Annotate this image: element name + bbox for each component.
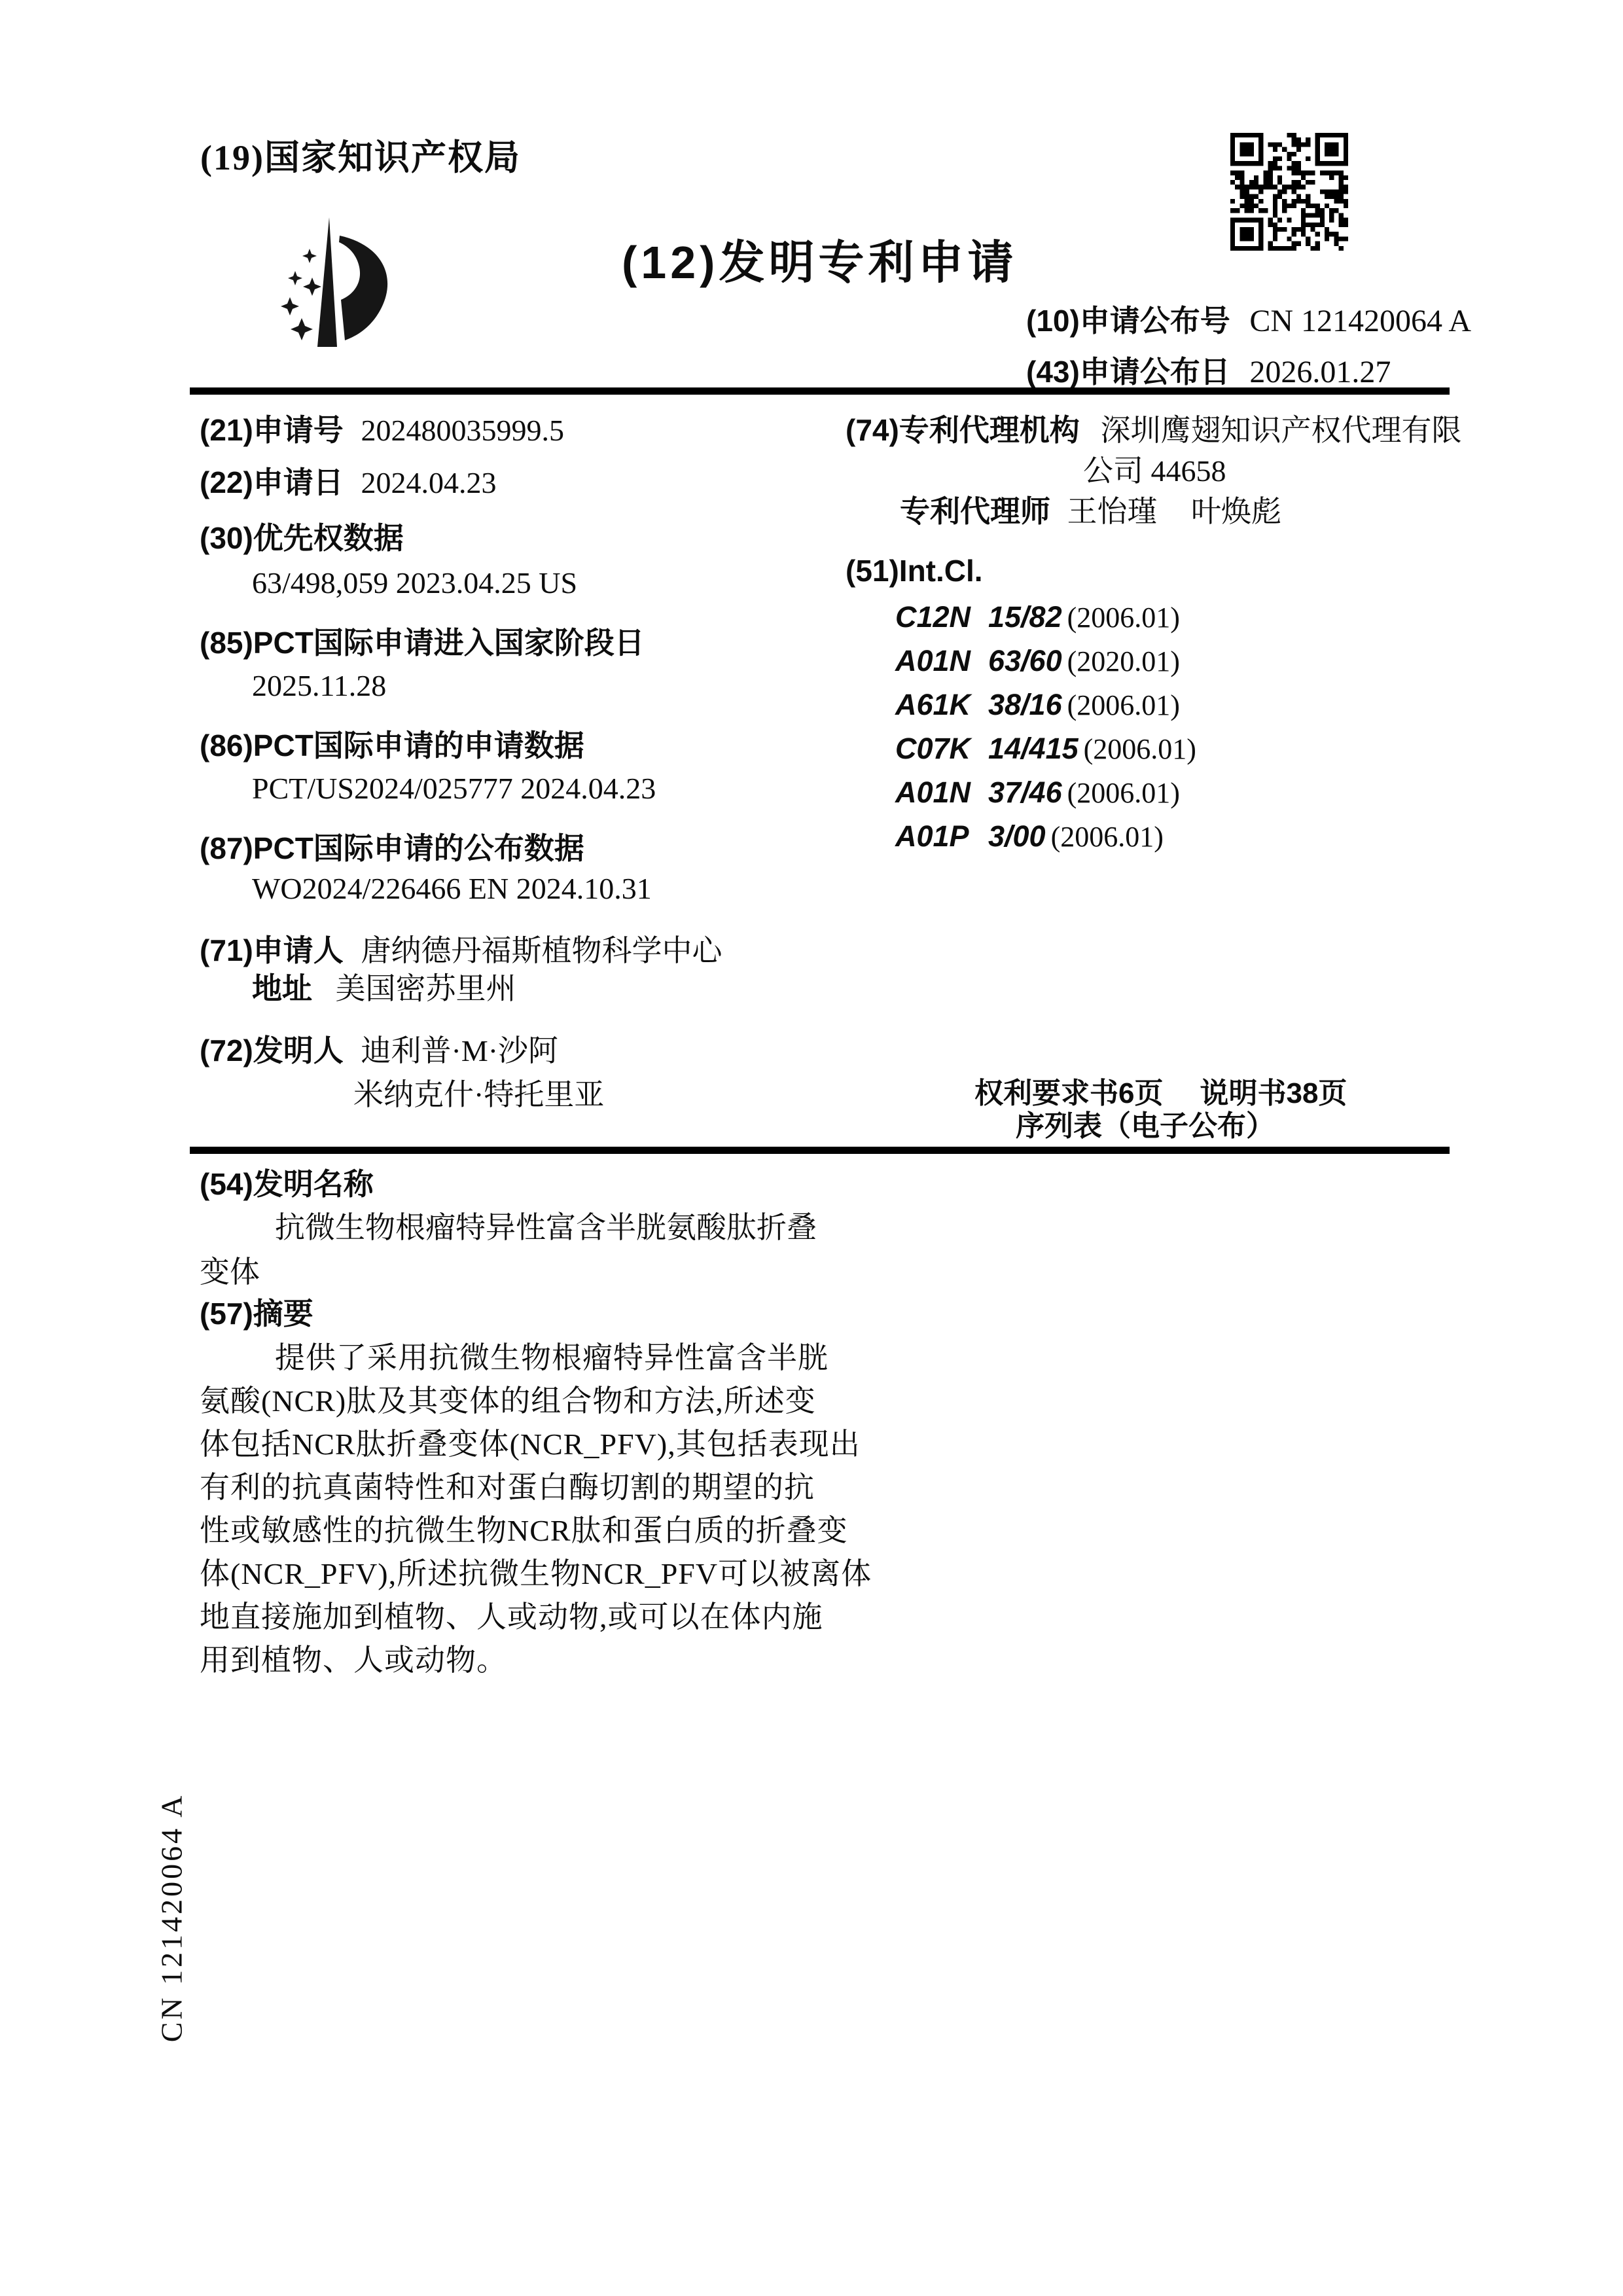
cnipa-logo xyxy=(272,216,429,350)
intcl-class: C12N xyxy=(895,600,988,635)
intcl-version: (2006.01) xyxy=(1051,821,1164,853)
applicant-row: (71)申请人 唐纳德丹福斯植物科学中心 xyxy=(200,933,722,969)
abstract-line: 用到植物、人或动物。 xyxy=(200,1639,883,1682)
agency-label: (74)专利代理机构 xyxy=(846,412,1093,448)
abstract-line: 体包括NCR肽折叠变体(NCR_PFV),其包括表现出 xyxy=(200,1423,883,1466)
pct-entry-label: (85)PCT国际申请进入国家阶段日 xyxy=(200,625,645,661)
app-date-label: (22)申请日 xyxy=(200,465,353,501)
app-number-row: (21)申请号 202480035999.5 xyxy=(200,412,564,448)
intcl-class: C07K xyxy=(895,731,988,766)
patent-front-page: (19)国家知识产权局 (12)发明专利申请 (10)申请公布号 CN 1214… xyxy=(0,0,1623,2296)
abstract-line: 性或敏感性的抗微生物NCR肽和蛋白质的折叠变 xyxy=(200,1509,883,1552)
intcl-class: A01P xyxy=(895,819,988,854)
pct-entry-date: 2025.11.28 xyxy=(252,668,386,704)
app-date-value: 2024.04.23 xyxy=(361,466,497,499)
body-divider xyxy=(190,1147,1450,1154)
pub-number-label: (10)申请公布号 xyxy=(1026,304,1230,338)
office-name: (19)国家知识产权局 xyxy=(200,130,521,180)
intcl-entry: A61K38/16(2006.01) xyxy=(895,687,1180,723)
intcl-class: A61K xyxy=(895,687,988,723)
pct-filing-value: PCT/US2024/025777 2024.04.23 xyxy=(252,770,656,806)
intcl-number: 15/82 xyxy=(988,600,1062,634)
intcl-version: (2006.01) xyxy=(1067,601,1180,634)
agent-label: 专利代理师 xyxy=(900,494,1050,528)
intcl-entry: C07K14/415(2006.01) xyxy=(895,730,1196,767)
doc-id-vertical: CN 121420064 A xyxy=(154,1793,189,2043)
pub-date-label: (43)申请公布日 xyxy=(1026,355,1230,389)
app-number-label: (21)申请号 xyxy=(200,412,353,448)
app-number-value: 202480035999.5 xyxy=(361,414,565,447)
intcl-number: 14/415 xyxy=(988,732,1079,765)
priority-value: 63/498,059 2023.04.25 US xyxy=(252,565,577,601)
abstract-line: 地直接施加到植物、人或动物,或可以在体内施 xyxy=(200,1596,883,1639)
intcl-class: A01N xyxy=(895,643,988,679)
header-divider xyxy=(190,387,1450,395)
abstract-line: 氨酸(NCR)肽及其变体的组合物和方法,所述变 xyxy=(200,1380,883,1423)
abstract-text: 提供了采用抗微生物根瘤特异性富含半胱 氨酸(NCR)肽及其变体的组合物和方法,所… xyxy=(200,1336,883,1682)
intcl-number: 38/16 xyxy=(988,688,1062,721)
intcl-version: (2006.01) xyxy=(1067,777,1180,809)
applicant-name: 唐纳德丹福斯植物科学中心 xyxy=(361,934,722,967)
agency-name-line1: 深圳鹰翅知识产权代理有限 xyxy=(1101,414,1462,447)
claims-pages: 权利要求书6页 xyxy=(974,1077,1163,1109)
title-label: (54)发明名称 xyxy=(200,1166,374,1202)
intcl-version: (2020.01) xyxy=(1067,645,1180,677)
sequence-note: 序列表（电子公布） xyxy=(1016,1109,1275,1144)
pages-info-row: 权利要求书6页 说明书38页 xyxy=(974,1077,1347,1111)
inventor-1: 迪利普·M·沙阿 xyxy=(361,1034,559,1067)
pct-pub-label: (87)PCT国际申请的公布数据 xyxy=(200,831,584,867)
intcl-version: (2006.01) xyxy=(1067,689,1180,721)
applicant-label: (71)申请人 xyxy=(200,933,353,969)
app-date-row: (22)申请日 2024.04.23 xyxy=(200,465,497,501)
qr-code xyxy=(1230,133,1348,254)
abstract-label: (57)摘要 xyxy=(200,1296,313,1332)
description-pages: 说明书38页 xyxy=(1200,1077,1347,1109)
intcl-version: (2006.01) xyxy=(1084,733,1196,765)
address-label: 地址 xyxy=(252,971,312,1005)
intcl-entry: A01P3/00(2006.01) xyxy=(895,818,1164,855)
agent-1: 王怡瑾 xyxy=(1067,495,1158,528)
address-value: 美国密苏里州 xyxy=(336,972,516,1005)
intcl-entry: A01N63/60(2020.01) xyxy=(895,643,1180,679)
agency-row: (74)专利代理机构 深圳鹰翅知识产权代理有限 xyxy=(846,412,1462,448)
agent-row: 专利代理师 王怡瑾 叶焕彪 xyxy=(900,493,1281,529)
intcl-number: 63/60 xyxy=(988,644,1062,677)
intcl-entry: C12N15/82(2006.01) xyxy=(895,599,1180,636)
invention-title-line2: 变体 xyxy=(200,1254,260,1290)
abstract-line: 有利的抗真菌特性和对蛋白酶切割的期望的抗 xyxy=(200,1466,883,1509)
inventor-2: 米纳克什·特托里亚 xyxy=(353,1077,604,1113)
priority-label: (30)优先权数据 xyxy=(200,520,404,556)
doc-type-title: (12)发明专利申请 xyxy=(622,226,1017,292)
intcl-label: (51)Int.Cl. xyxy=(846,553,983,589)
pub-date-row: (43)申请公布日 2026.01.27 xyxy=(1026,353,1391,391)
invention-title-line1: 抗微生物根瘤特异性富含半胱氨酸肽折叠 xyxy=(275,1210,817,1246)
intcl-entry: A01N37/46(2006.01) xyxy=(895,774,1180,811)
inventors-label: (72)发明人 xyxy=(200,1033,353,1069)
intcl-number: 37/46 xyxy=(988,776,1062,809)
agent-2: 叶焕彪 xyxy=(1191,495,1281,528)
intcl-number: 3/00 xyxy=(988,819,1046,853)
pct-filing-label: (86)PCT国际申请的申请数据 xyxy=(200,728,584,764)
pub-number-row: (10)申请公布号 CN 121420064 A xyxy=(1026,302,1471,340)
inventors-row: (72)发明人 迪利普·M·沙阿 xyxy=(200,1033,558,1069)
pub-date-value: 2026.01.27 xyxy=(1249,355,1391,389)
intcl-class: A01N xyxy=(895,775,988,810)
abstract-line: 体(NCR_PFV),所述抗微生物NCR_PFV可以被离体 xyxy=(200,1552,883,1596)
pub-number-value: CN 121420064 A xyxy=(1249,304,1471,338)
address-row: 地址 美国密苏里州 xyxy=(252,971,516,1007)
pct-pub-value: WO2024/226466 EN 2024.10.31 xyxy=(252,870,652,906)
agency-name-line2: 公司 44658 xyxy=(1083,453,1226,489)
abstract-line: 提供了采用抗微生物根瘤特异性富含半胱 xyxy=(200,1336,883,1380)
